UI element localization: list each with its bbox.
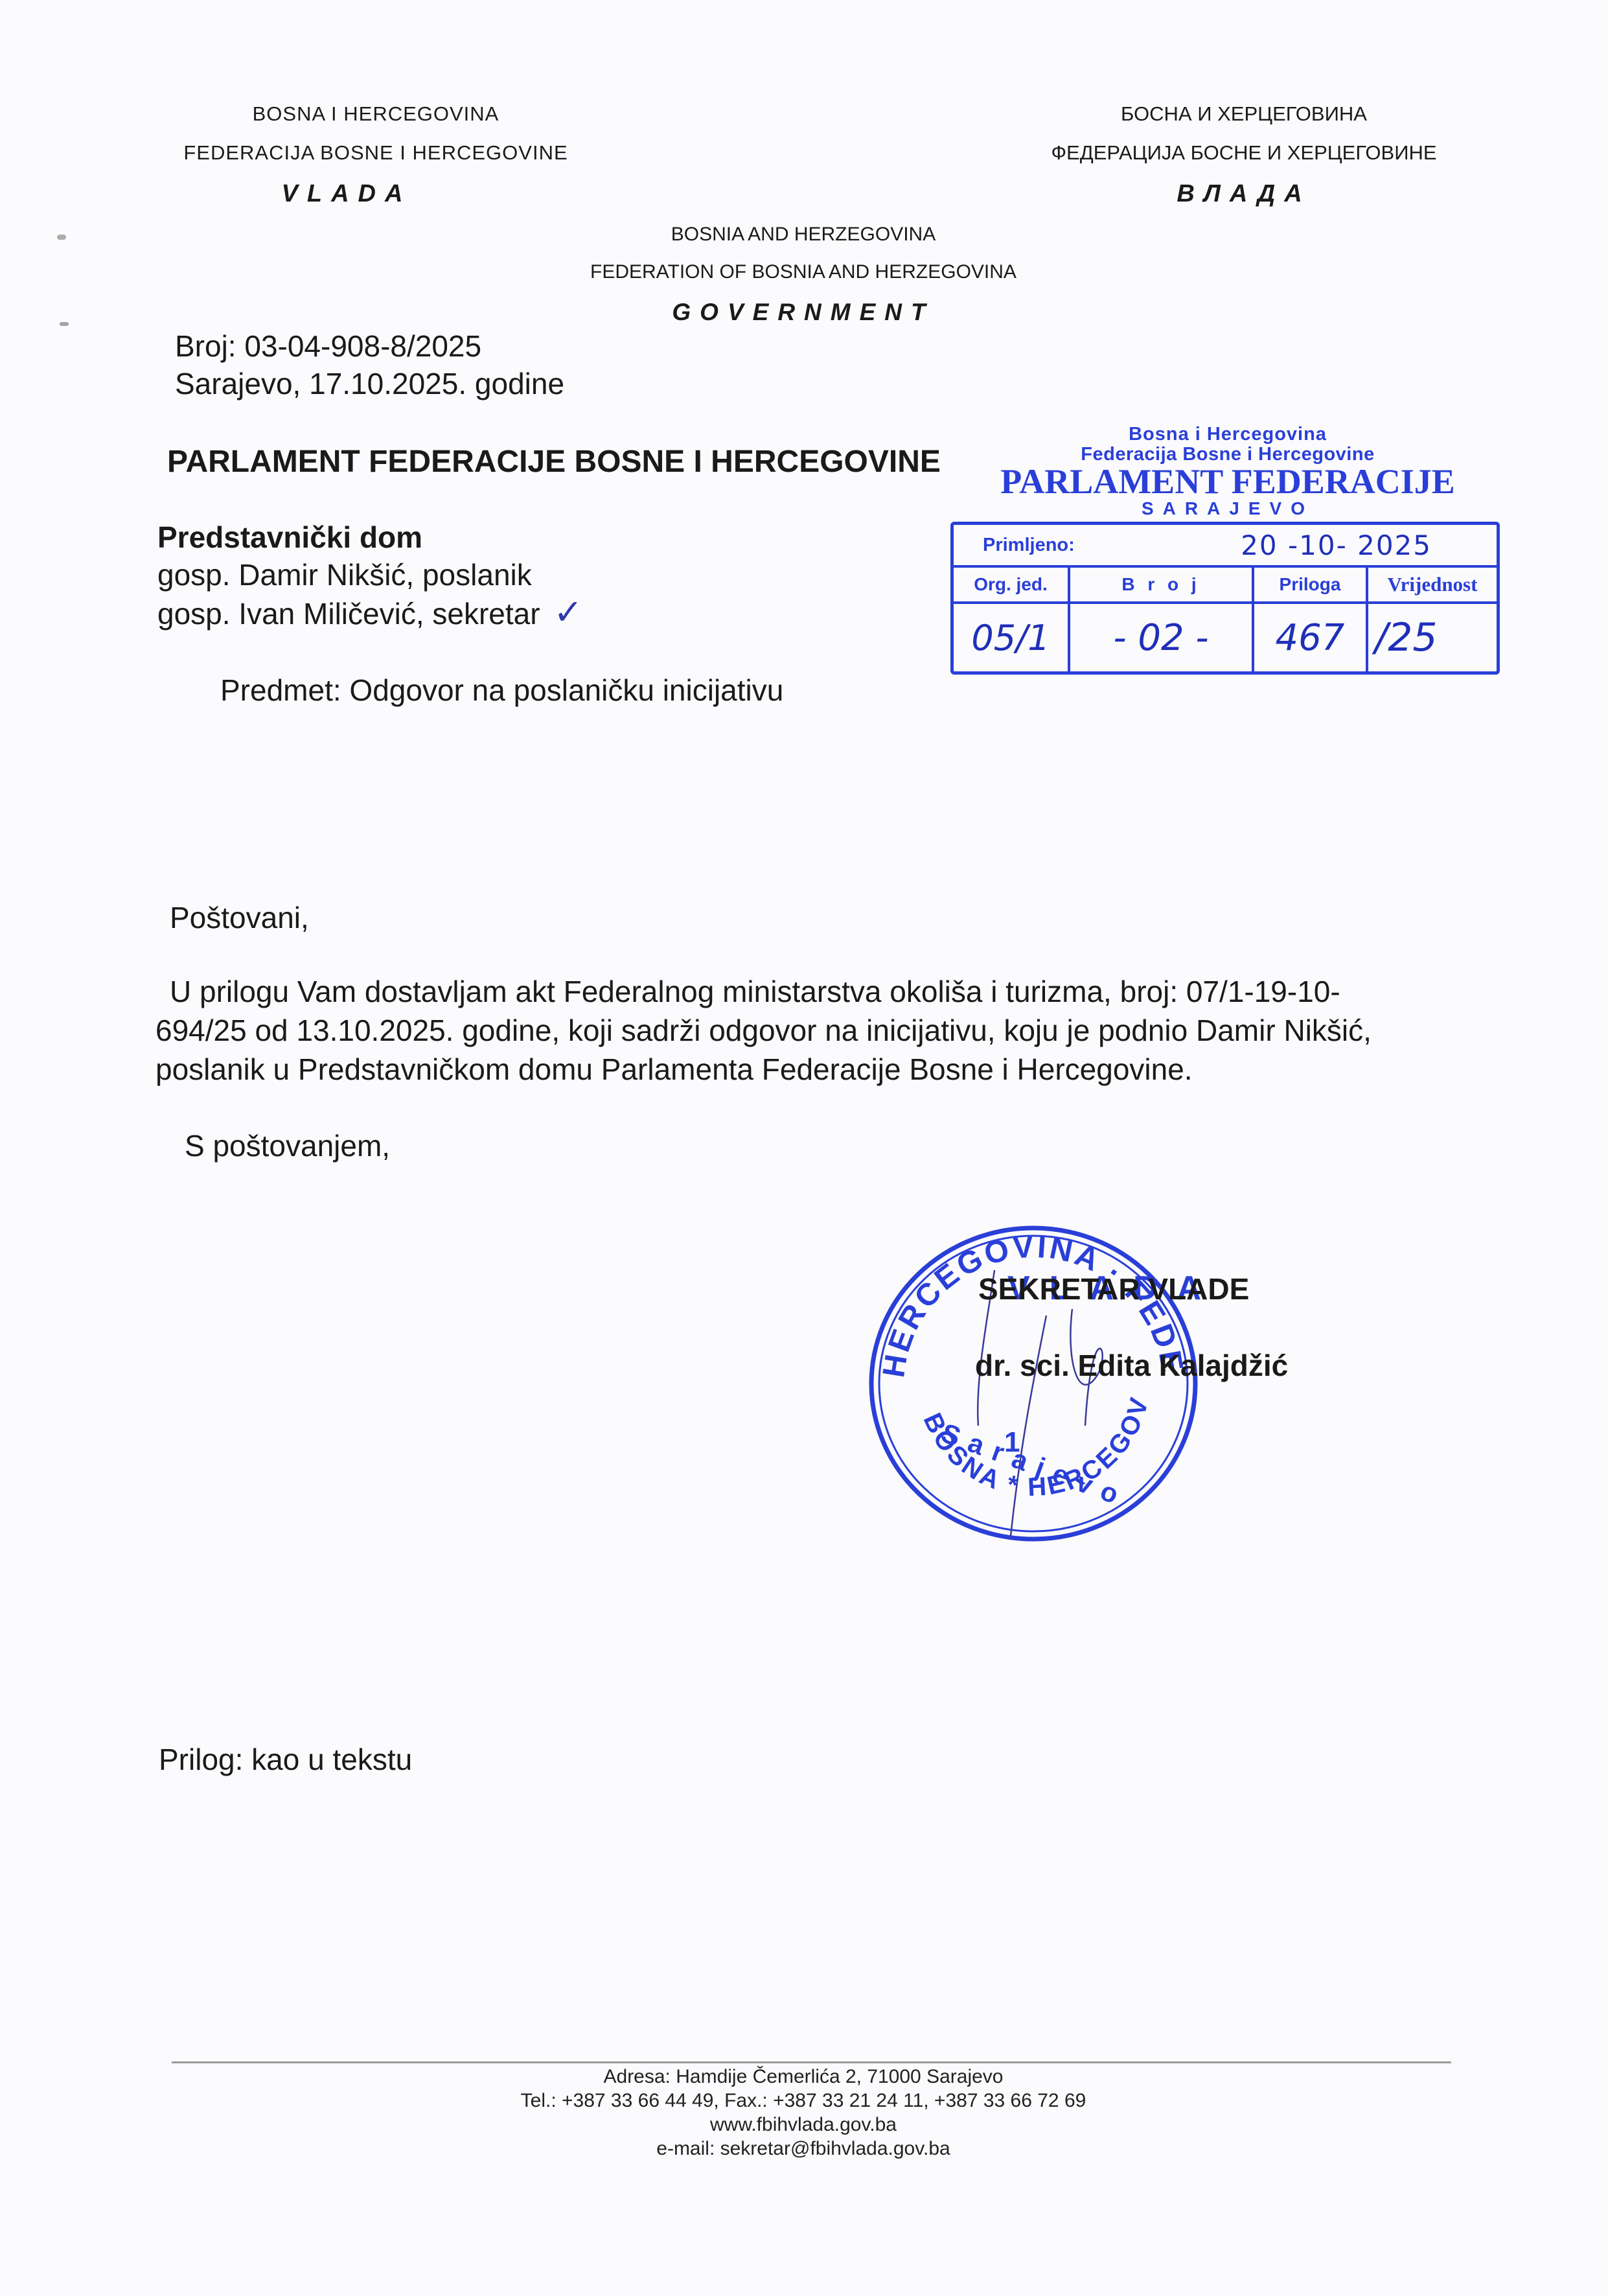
stamp-values-row: 05/1 - 02 - 467 /25 [954,604,1497,671]
recipient-house: Predstavnički dom [157,518,583,556]
body-line: 694/25 od 13.10.2025. godine, koji sadrž… [155,1011,1477,1050]
reference-block: Broj: 03-04-908-8/2025 Sarajevo, 17.10.2… [175,327,564,402]
recipient-line: gosp. Damir Nikšić, poslanik [157,556,583,594]
letterhead-center-government: GOVERNMENT [544,299,1062,336]
stamp-header-row: Org. jed. B r o j Priloga Vrijednost [954,568,1497,604]
letterhead-center: BOSNIA AND HERZEGOVINA FEDERATION OF BOS… [544,224,1062,336]
footer-website[interactable]: www.fbihvlada.gov.ba [415,2113,1192,2137]
stamp-table: Primljeno: 20 -10- 2025 Org. jed. B r o … [950,522,1500,675]
body-paragraph: U prilogu Vam dostavljam akt Federalnog … [155,972,1477,1089]
scan-mark [57,235,66,240]
footer: Adresa: Hamdije Čemerlića 2, 71000 Saraj… [415,2065,1192,2161]
stamp-received-row: Primljeno: 20 -10- 2025 [954,525,1497,568]
stamp-value-org: 05/1 [954,604,1070,671]
stamp-city: SARAJEVO [949,498,1506,519]
letterhead-center-country: BOSNIA AND HERZEGOVINA [544,224,1062,261]
letterhead-left-country: BOSNA I HERCEGOVINA [149,102,603,141]
letterhead-right-government: ВЛАДА [1017,180,1471,219]
footer-email[interactable]: e-mail: sekretar@fbihvlada.gov.ba [415,2137,1192,2161]
stamp-col-number: B r o j [1070,568,1254,601]
body-line: poslanik u Predstavničkom domu Parlament… [155,1050,1477,1089]
recipient-line: gosp. Ivan Miličević, sekretar ✓ [157,594,583,632]
stamp-value-attachments: 467 [1254,604,1368,671]
letterhead-center-federation: FEDERATION OF BOSNIA AND HERZEGOVINA [544,261,1062,299]
subject-line: Predmet: Odgovor na poslaničku inicijati… [220,671,783,710]
closing: S poštovanjem, [185,1126,390,1165]
received-stamp: Bosna i Hercegovina Federacija Bosne i H… [949,424,1506,675]
stamp-value-number: - 02 - [1070,604,1254,671]
body-line: U prilogu Vam dostavljam akt Federalnog … [155,972,1477,1011]
checkmark-icon: ✓ [553,592,582,632]
footer-phones: Tel.: +387 33 66 44 49, Fax.: +387 33 21… [415,2089,1192,2113]
stamp-parliament: PARLAMENT FEDERACIJE [949,465,1506,498]
stamp-value-value: /25 [1368,604,1497,671]
footer-address: Adresa: Hamdije Čemerlića 2, 71000 Saraj… [415,2065,1192,2089]
letterhead-right-country: БОСНА И ХЕРЦЕГОВИНА [1017,102,1471,141]
footer-divider [172,2061,1451,2063]
stamp-country: Bosna i Hercegovina [949,424,1506,445]
attachment-note: Prilog: kao u tekstu [159,1740,412,1779]
letterhead-right: БОСНА И ХЕРЦЕГОВИНА ФЕДЕРАЦИЈА БОСНЕ И Х… [1017,102,1471,219]
stamp-col-org: Org. jed. [954,568,1070,601]
scan-mark [60,322,69,326]
svg-text:1: 1 [1004,1426,1020,1458]
signature-title: SEKRETAR VLADE [978,1271,1249,1306]
signature-name: dr. sci. Edita Kalajdžić [975,1348,1288,1383]
reference-number: Broj: 03-04-908-8/2025 [175,327,564,365]
stamp-col-value: Vrijednost [1368,568,1497,601]
letterhead-right-federation: ФЕДЕРАЦИЈА БОСНЕ И ХЕРЦЕГОВИНЕ [1017,141,1471,180]
letterhead-left-government: VLADA [149,180,603,219]
recipient-institution: PARLAMENT FEDERACIJE BOSNE I HERCEGOVINE [167,444,941,480]
stamp-received-date: 20 -10- 2025 [1241,529,1432,561]
stamp-col-attachments: Priloga [1254,568,1368,601]
letterhead-left: BOSNA I HERCEGOVINA FEDERACIJA BOSNE I H… [149,102,603,219]
recipient-line-text: gosp. Ivan Miličević, sekretar [157,597,540,631]
place-date: Sarajevo, 17.10.2025. godine [175,365,564,402]
greeting: Poštovani, [170,898,309,937]
stamp-received-label: Primljeno: [983,535,1075,556]
recipient-block: Predstavnički dom gosp. Damir Nikšić, po… [157,518,583,632]
letterhead-left-federation: FEDERACIJA BOSNE I HERCEGOVINE [149,141,603,180]
